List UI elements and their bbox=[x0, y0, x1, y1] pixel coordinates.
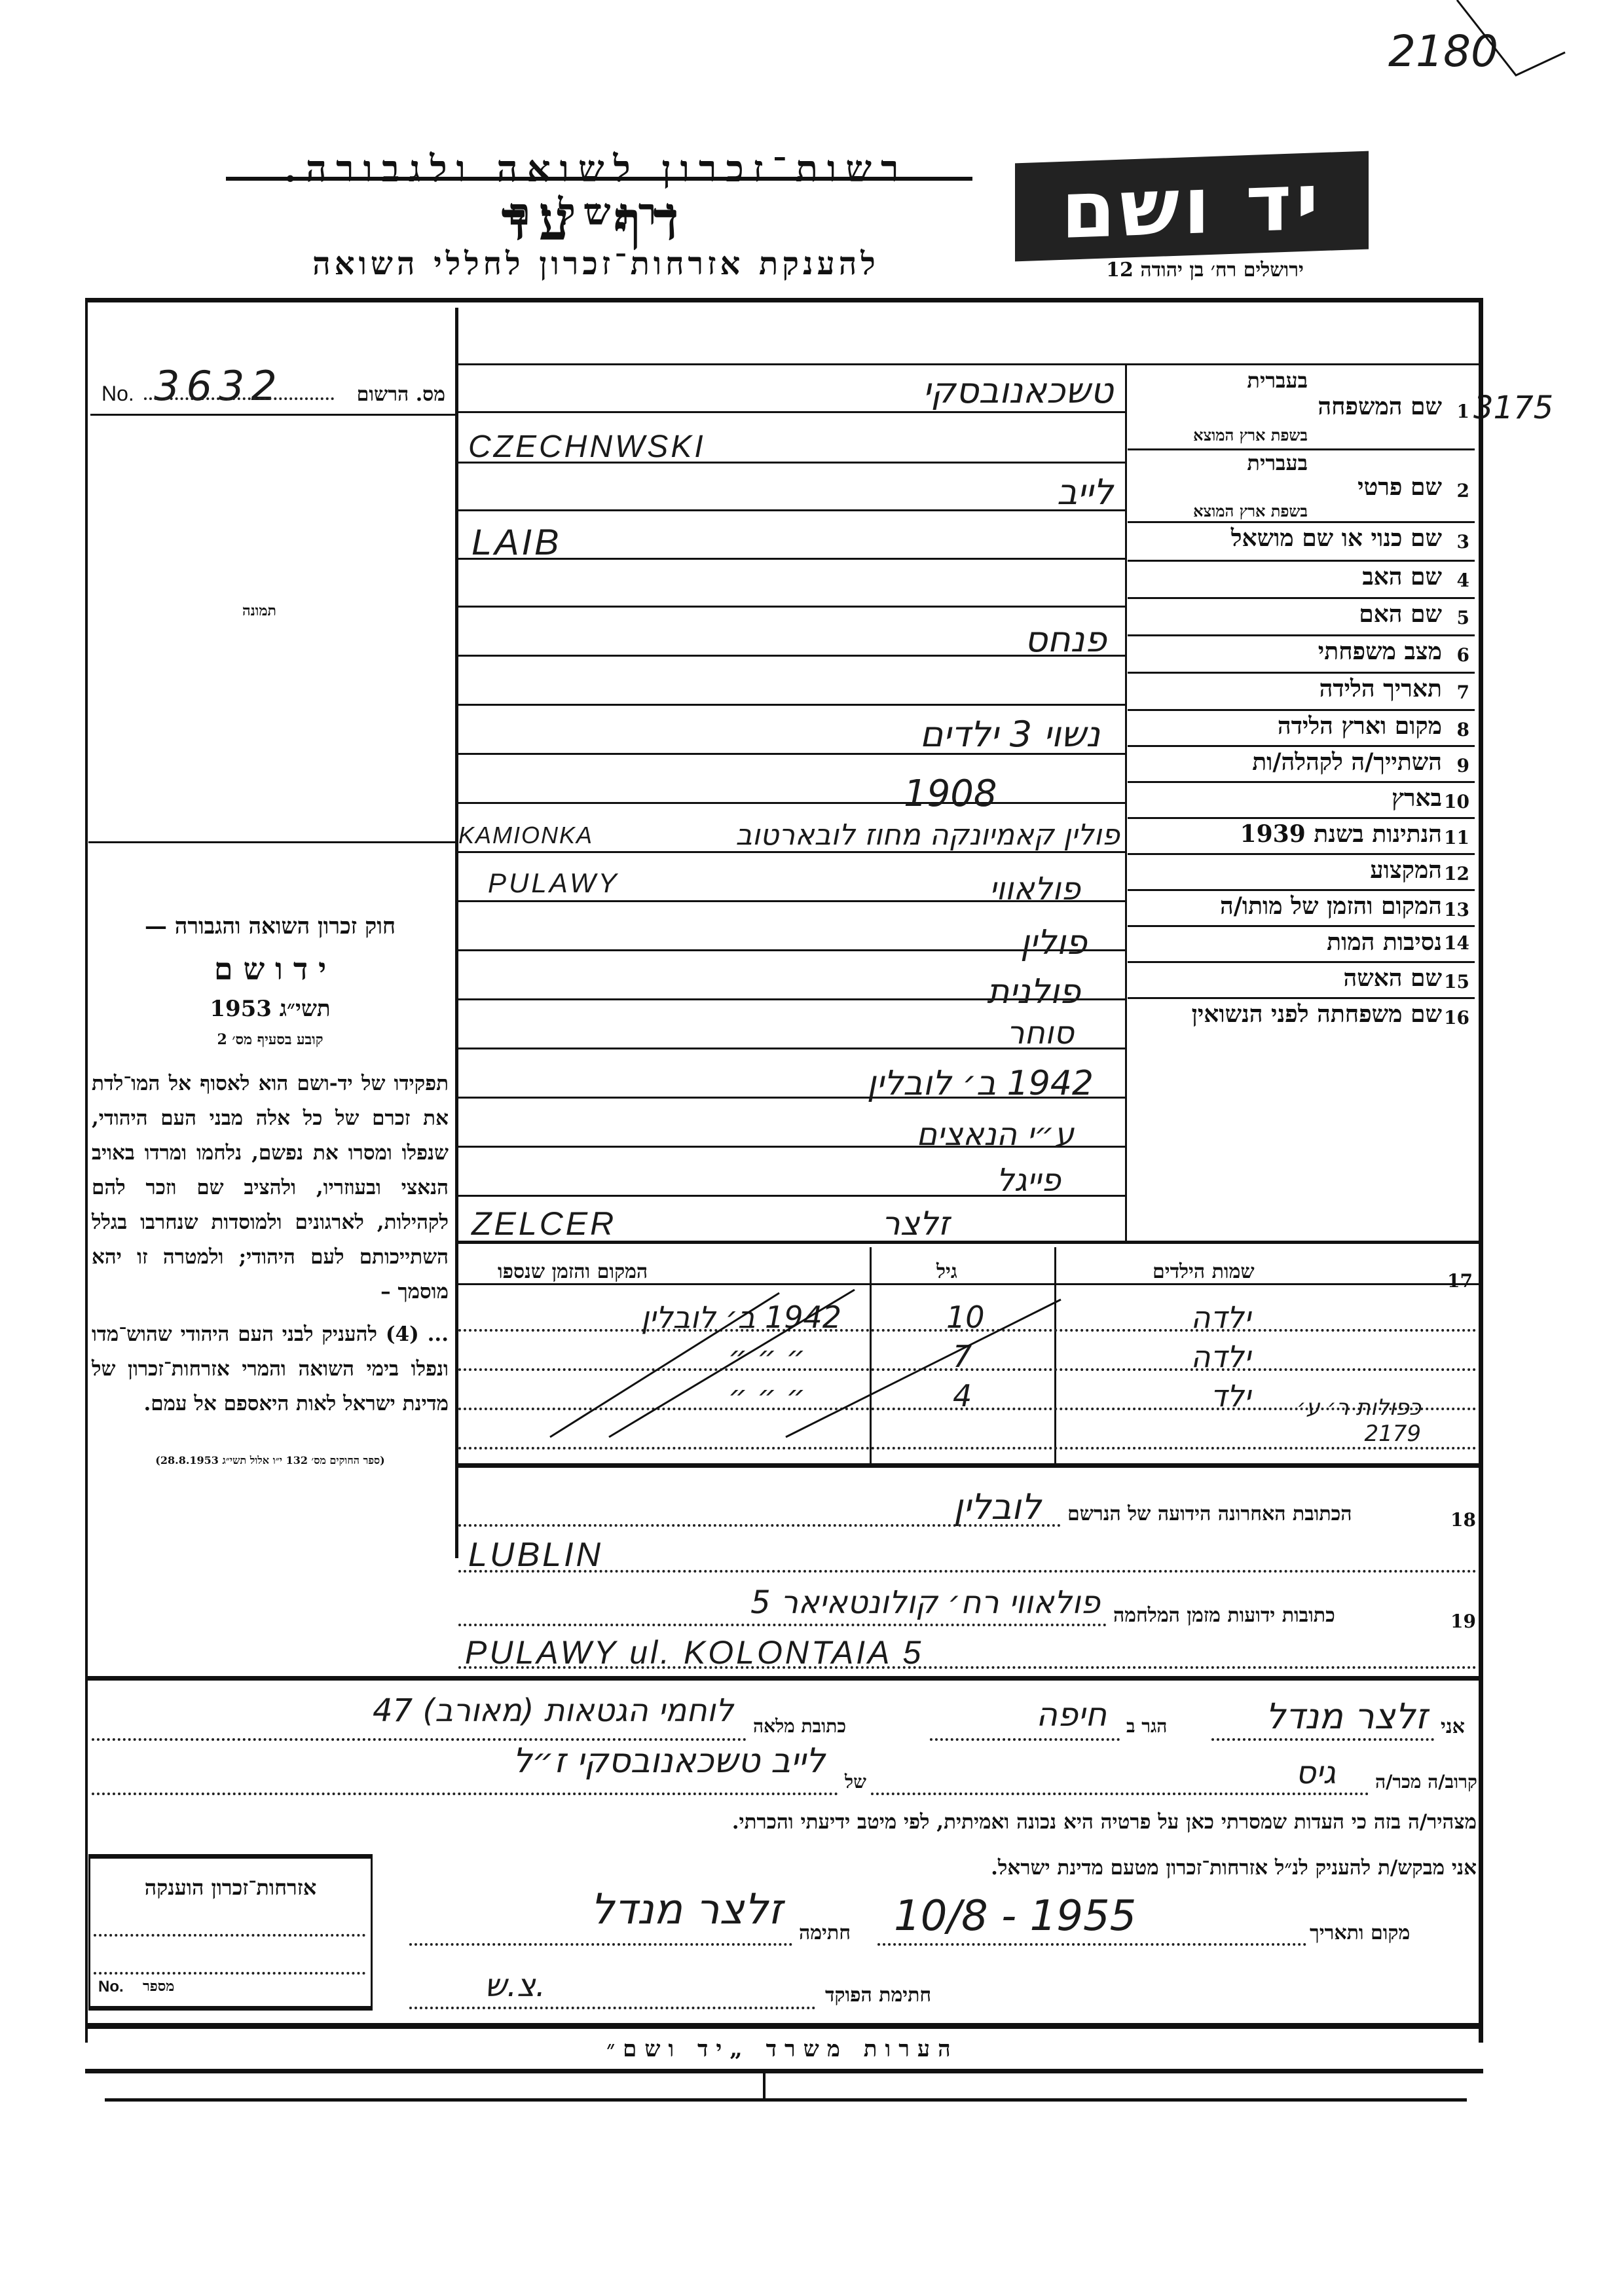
last-address-hebrew: לובלין bbox=[953, 1486, 1041, 1527]
field-labels-column: 1 שם המשפחה בעברית בשפת ארץ המוצא 2 שם פ… bbox=[1128, 367, 1475, 1033]
resides-label: הגר ב bbox=[1126, 1715, 1167, 1738]
field-label: מקום וארץ הלידה bbox=[1278, 712, 1442, 740]
law-box: חוק זכרון השואה והגבורה — י ד ו ש ם תשי״… bbox=[92, 913, 449, 1467]
marital-status-value: נשוי 3 ילדים bbox=[919, 714, 1100, 755]
official-signature: צ.ש. bbox=[485, 1967, 545, 2004]
children-header-age: גיל bbox=[936, 1260, 957, 1283]
war-address-line-1 bbox=[458, 1624, 1107, 1626]
field-label: בארץ bbox=[1392, 784, 1442, 812]
law-citation: (ספר החוקים מס׳ 132 י״ו אלול תשי״ג 28.8.… bbox=[92, 1454, 449, 1467]
form-right-border bbox=[1479, 298, 1483, 2043]
field-sublabel-hebrew: בעברית bbox=[1247, 368, 1308, 393]
children-header-names: שמות הילדים bbox=[1153, 1260, 1255, 1283]
form-bottom-border bbox=[105, 2098, 1467, 2102]
field-sublabel-origin: בשפת ארץ המוצא bbox=[1193, 501, 1308, 521]
signature-line bbox=[409, 1943, 792, 1946]
law-name: י ד ו ש ם bbox=[92, 951, 449, 987]
photo-label: תמונה bbox=[242, 602, 276, 619]
header-address: ירושלים רח׳ בן יהודה 12 bbox=[1022, 259, 1388, 282]
birth-place-hebrew-value: פולין קאמיונקה מחוז לובארטוב bbox=[735, 818, 1120, 852]
declaration-statement: מצהיר/ה בזה כי העדות שמסרתי כאן על פרטיה… bbox=[363, 1810, 1477, 1834]
field-row-7: 7 תאריך הלידה bbox=[1128, 674, 1475, 711]
city-line bbox=[930, 1738, 1120, 1741]
citizenship-box-line-1 bbox=[94, 1934, 365, 1937]
registration-value: 3632 bbox=[154, 362, 284, 410]
field-number: 5 bbox=[1457, 607, 1469, 629]
field-number: 13 bbox=[1444, 899, 1469, 920]
birth-date-value: 1908 bbox=[904, 773, 997, 815]
value-line-3 bbox=[458, 606, 1125, 608]
field-number: 8 bbox=[1457, 719, 1469, 740]
field-number: 9 bbox=[1457, 755, 1469, 776]
death-circumstances-value: ע״י הנאצים bbox=[916, 1116, 1074, 1153]
surname-hebrew-value: טשכאנובסקי bbox=[923, 370, 1113, 411]
office-notes-title: הערות משרד „יד ושם״ bbox=[85, 2036, 1480, 2062]
field-label: השתייך/ה לקהלה/ות bbox=[1252, 748, 1442, 776]
yad-vashem-logo: יד ושם bbox=[1015, 151, 1369, 262]
form-left-border bbox=[85, 298, 88, 2043]
surname-latin-value: CZECHNWSKI bbox=[468, 429, 706, 465]
field-number: 15 bbox=[1444, 971, 1469, 993]
value-line-2a bbox=[458, 509, 1125, 511]
field-label: שם משפחתה לפני הנשואין bbox=[1192, 1000, 1442, 1028]
form-subtitle: להענקת אזרחות־זכרון לחללי השואה bbox=[223, 246, 969, 282]
field-row-6: 6 מצב משפחתי bbox=[1128, 636, 1475, 674]
field-number: 12 bbox=[1444, 863, 1469, 884]
death-place-time-value: 1942 ב׳ לובלין bbox=[867, 1064, 1094, 1103]
children-side-note: כפולות ר׳ ע׳ 2179 bbox=[1277, 1394, 1421, 1447]
given-name-latin-value: LAIB bbox=[471, 520, 561, 563]
children-row-line-4 bbox=[458, 1447, 1477, 1449]
declaration-i-label: אני bbox=[1441, 1715, 1465, 1738]
law-paragraph-1: תפקידו של יד-ושם הוא לאסוף אל המו־לדת את… bbox=[92, 1066, 449, 1309]
field-number: 7 bbox=[1457, 682, 1469, 703]
law-year: תשי״ג 1953 bbox=[92, 996, 449, 1022]
community-hebrew-value: פולאווי bbox=[989, 871, 1080, 907]
organization-underline bbox=[226, 177, 972, 181]
registration-label-he: מס. הרשום bbox=[357, 383, 445, 406]
place-date-line bbox=[877, 1943, 1306, 1946]
official-signature-line bbox=[409, 2007, 815, 2009]
declarant-name: זלצר מנדל bbox=[1265, 1696, 1428, 1737]
citizenship-granted-box: אזרחות־זכרון הוענקה No. מספר bbox=[88, 1854, 373, 2011]
last-address-line-2 bbox=[458, 1570, 1477, 1573]
law-paragraph-2: ... (4) להעניק לבני העם היהודי שהוש־מדו … bbox=[92, 1317, 449, 1421]
full-address-value: לוחמי הגטאות (מאורב) 47 bbox=[373, 1692, 733, 1729]
field-row-2: 2 שם פרטי בעברית בשפת ארץ המוצא bbox=[1128, 450, 1475, 523]
logo-text: יד ושם bbox=[1061, 156, 1322, 257]
registration-dots bbox=[144, 397, 334, 400]
top-strip-line bbox=[458, 363, 1480, 365]
registration-underline bbox=[90, 414, 457, 416]
field-number: 16 bbox=[1444, 1007, 1469, 1029]
full-address-label: כתובת מלאה bbox=[753, 1715, 846, 1738]
birth-place-latin-value: KAMIONKA bbox=[458, 822, 593, 849]
last-address-number: 18 bbox=[1450, 1509, 1476, 1531]
field-label: מצב משפחתי bbox=[1318, 638, 1442, 665]
relation-label: קרוב/ה מכר/ה bbox=[1375, 1771, 1477, 1793]
given-name-hebrew-value: לייב bbox=[1057, 471, 1113, 513]
child-2-name: ילדה bbox=[1190, 1339, 1251, 1374]
value-line-7 bbox=[458, 802, 1125, 804]
citizenship-value: פולנית bbox=[987, 972, 1080, 1011]
war-address-label: כתובות ידועות מזמן המלחמה bbox=[1113, 1604, 1335, 1627]
last-address-latin: LUBLIN bbox=[468, 1535, 603, 1575]
field-label: שם כנוי או שם מושאל bbox=[1231, 524, 1442, 552]
photo-box-bottom bbox=[88, 841, 455, 843]
field-label: שם האם bbox=[1359, 600, 1442, 628]
official-signature-label: חתימת הפוקד bbox=[825, 1984, 931, 2007]
office-notes-top-border bbox=[85, 2023, 1483, 2029]
law-title: חוק זכרון השואה והגבורה — bbox=[92, 913, 449, 939]
child-3-name: ילד bbox=[1210, 1378, 1251, 1413]
field-row-15: 15 שם האשה bbox=[1128, 963, 1475, 999]
field-row-16: 16 שם משפחתה לפני הנשואין bbox=[1128, 999, 1475, 1033]
declarant-line bbox=[1211, 1738, 1434, 1741]
wife-maiden-latin-value: ZELCER bbox=[471, 1205, 616, 1243]
citizenship-box-no-label: No. bbox=[98, 1978, 124, 1996]
wife-maiden-hebrew-value: זלצר bbox=[881, 1205, 950, 1243]
citizenship-box-line-2 bbox=[94, 1972, 365, 1975]
field-sublabel-hebrew: בעברית bbox=[1247, 450, 1308, 475]
signature-label: חתימה bbox=[799, 1922, 851, 1944]
wife-name-value: פייגל bbox=[996, 1162, 1061, 1199]
child-1-name: ילדה bbox=[1190, 1300, 1251, 1335]
field-label: שם האב bbox=[1362, 563, 1442, 591]
war-address-line-2 bbox=[458, 1666, 1477, 1669]
field-row-3: 3 שם כנוי או שם מושאל bbox=[1128, 523, 1475, 562]
field-number: 14 bbox=[1444, 932, 1469, 954]
field-row-9: 9 השתייך/ה לקהלה/ות bbox=[1128, 747, 1475, 783]
field-label: הנתינות בשנת 1939 bbox=[1240, 820, 1442, 848]
city-value: חיפה bbox=[1036, 1696, 1107, 1734]
place-date-label: מקום ותאריך bbox=[1310, 1922, 1410, 1944]
registration-label-en: No. bbox=[101, 382, 134, 406]
field-number: 4 bbox=[1457, 570, 1469, 591]
value-line-5 bbox=[458, 704, 1125, 706]
field-number: 6 bbox=[1457, 644, 1469, 666]
citizenship-box-number-label: מספר bbox=[143, 1978, 174, 1995]
field-number: 11 bbox=[1444, 827, 1469, 848]
field-number: 1 bbox=[1457, 401, 1469, 422]
children-field-number: 17 bbox=[1447, 1270, 1473, 1292]
field-row-11: 11 הנתינות בשנת 1939 bbox=[1128, 819, 1475, 855]
field-label: נסיבות המות bbox=[1327, 928, 1442, 956]
field-row-13: 13 המקום והזמן של מותו/ה bbox=[1128, 891, 1475, 927]
field-label: המקצוע bbox=[1370, 856, 1442, 884]
addresses-section-bottom bbox=[85, 1676, 1483, 1681]
field-row-8: 8 מקום וארץ הלידה bbox=[1128, 711, 1475, 747]
label-column-divider bbox=[1125, 363, 1127, 1241]
last-address-label: הכתובת האחרונה הידועה של הנרשם bbox=[1067, 1503, 1352, 1525]
field-number: 3 bbox=[1457, 531, 1469, 553]
field-sublabel-origin: בשפת ארץ המוצא bbox=[1193, 426, 1308, 445]
of-label: של bbox=[845, 1771, 866, 1793]
field-row-12: 12 המקצוע bbox=[1128, 855, 1475, 891]
children-header-place-time: המקום והזמן שנספו bbox=[498, 1260, 648, 1283]
law-clause: קובע בסעיף מס׳ 2 bbox=[92, 1031, 449, 1048]
children-section-bottom bbox=[458, 1463, 1480, 1468]
value-line-1a bbox=[458, 411, 1125, 413]
field-label: שם האשה bbox=[1343, 964, 1442, 992]
office-notes-bottom-border bbox=[85, 2069, 1483, 2073]
margin-note: 3175 bbox=[1473, 390, 1553, 426]
relation-value: גיס bbox=[1295, 1755, 1336, 1791]
field-row-5: 5 שם האם bbox=[1128, 599, 1475, 636]
field-label: שם פרטי bbox=[1357, 473, 1442, 501]
field-label: תאריך הלידה bbox=[1319, 675, 1442, 702]
war-address-number: 19 bbox=[1450, 1611, 1476, 1632]
citizenship-box-title: אזרחות־זכרון הוענקה bbox=[90, 1875, 371, 1900]
children-strikethrough bbox=[498, 1283, 1153, 1447]
form-top-border bbox=[85, 298, 1483, 302]
field-label: שם המשפחה bbox=[1318, 393, 1442, 420]
full-address-line bbox=[92, 1738, 747, 1741]
father-name-value: פנחס bbox=[1024, 619, 1107, 660]
of-name-line bbox=[92, 1793, 838, 1795]
profession-value: סוחר bbox=[1006, 1015, 1074, 1051]
declaration-date: 10/8 - 1955 bbox=[894, 1892, 1136, 1941]
field-number: 2 bbox=[1457, 480, 1469, 501]
field-number: 10 bbox=[1444, 791, 1469, 812]
war-address-hebrew: פולאווי רח׳ קולונטאיאר 5 bbox=[750, 1584, 1100, 1621]
country-value: פולין bbox=[1020, 923, 1087, 962]
field-row-1: 1 שם המשפחה בעברית בשפת ארץ המוצא bbox=[1128, 367, 1475, 450]
citizenship-request: אני מבקש/ת להעניק לנ״ל אזרחות־זכרון מטעם… bbox=[363, 1856, 1477, 1880]
field-row-10: 10 בארץ bbox=[1128, 783, 1475, 819]
page-corner-mark bbox=[1454, 0, 1624, 85]
of-name-value: לייב טשכאנובסקי ז״ל bbox=[513, 1741, 825, 1781]
registration-number: No. 3632 מס. הרשום bbox=[92, 376, 452, 409]
community-latin-value: PULAWY bbox=[488, 867, 619, 899]
field-row-14: 14 נסיבות המות bbox=[1128, 927, 1475, 963]
form-title: דף־עד bbox=[223, 190, 969, 253]
field-label: המקום והזמן של מותו/ה bbox=[1220, 892, 1442, 920]
field-row-4: 4 שם האב bbox=[1128, 562, 1475, 599]
declarant-signature: זלצר מנדל bbox=[591, 1886, 783, 1934]
relation-line bbox=[871, 1793, 1369, 1795]
office-notes-divider bbox=[763, 2072, 766, 2102]
